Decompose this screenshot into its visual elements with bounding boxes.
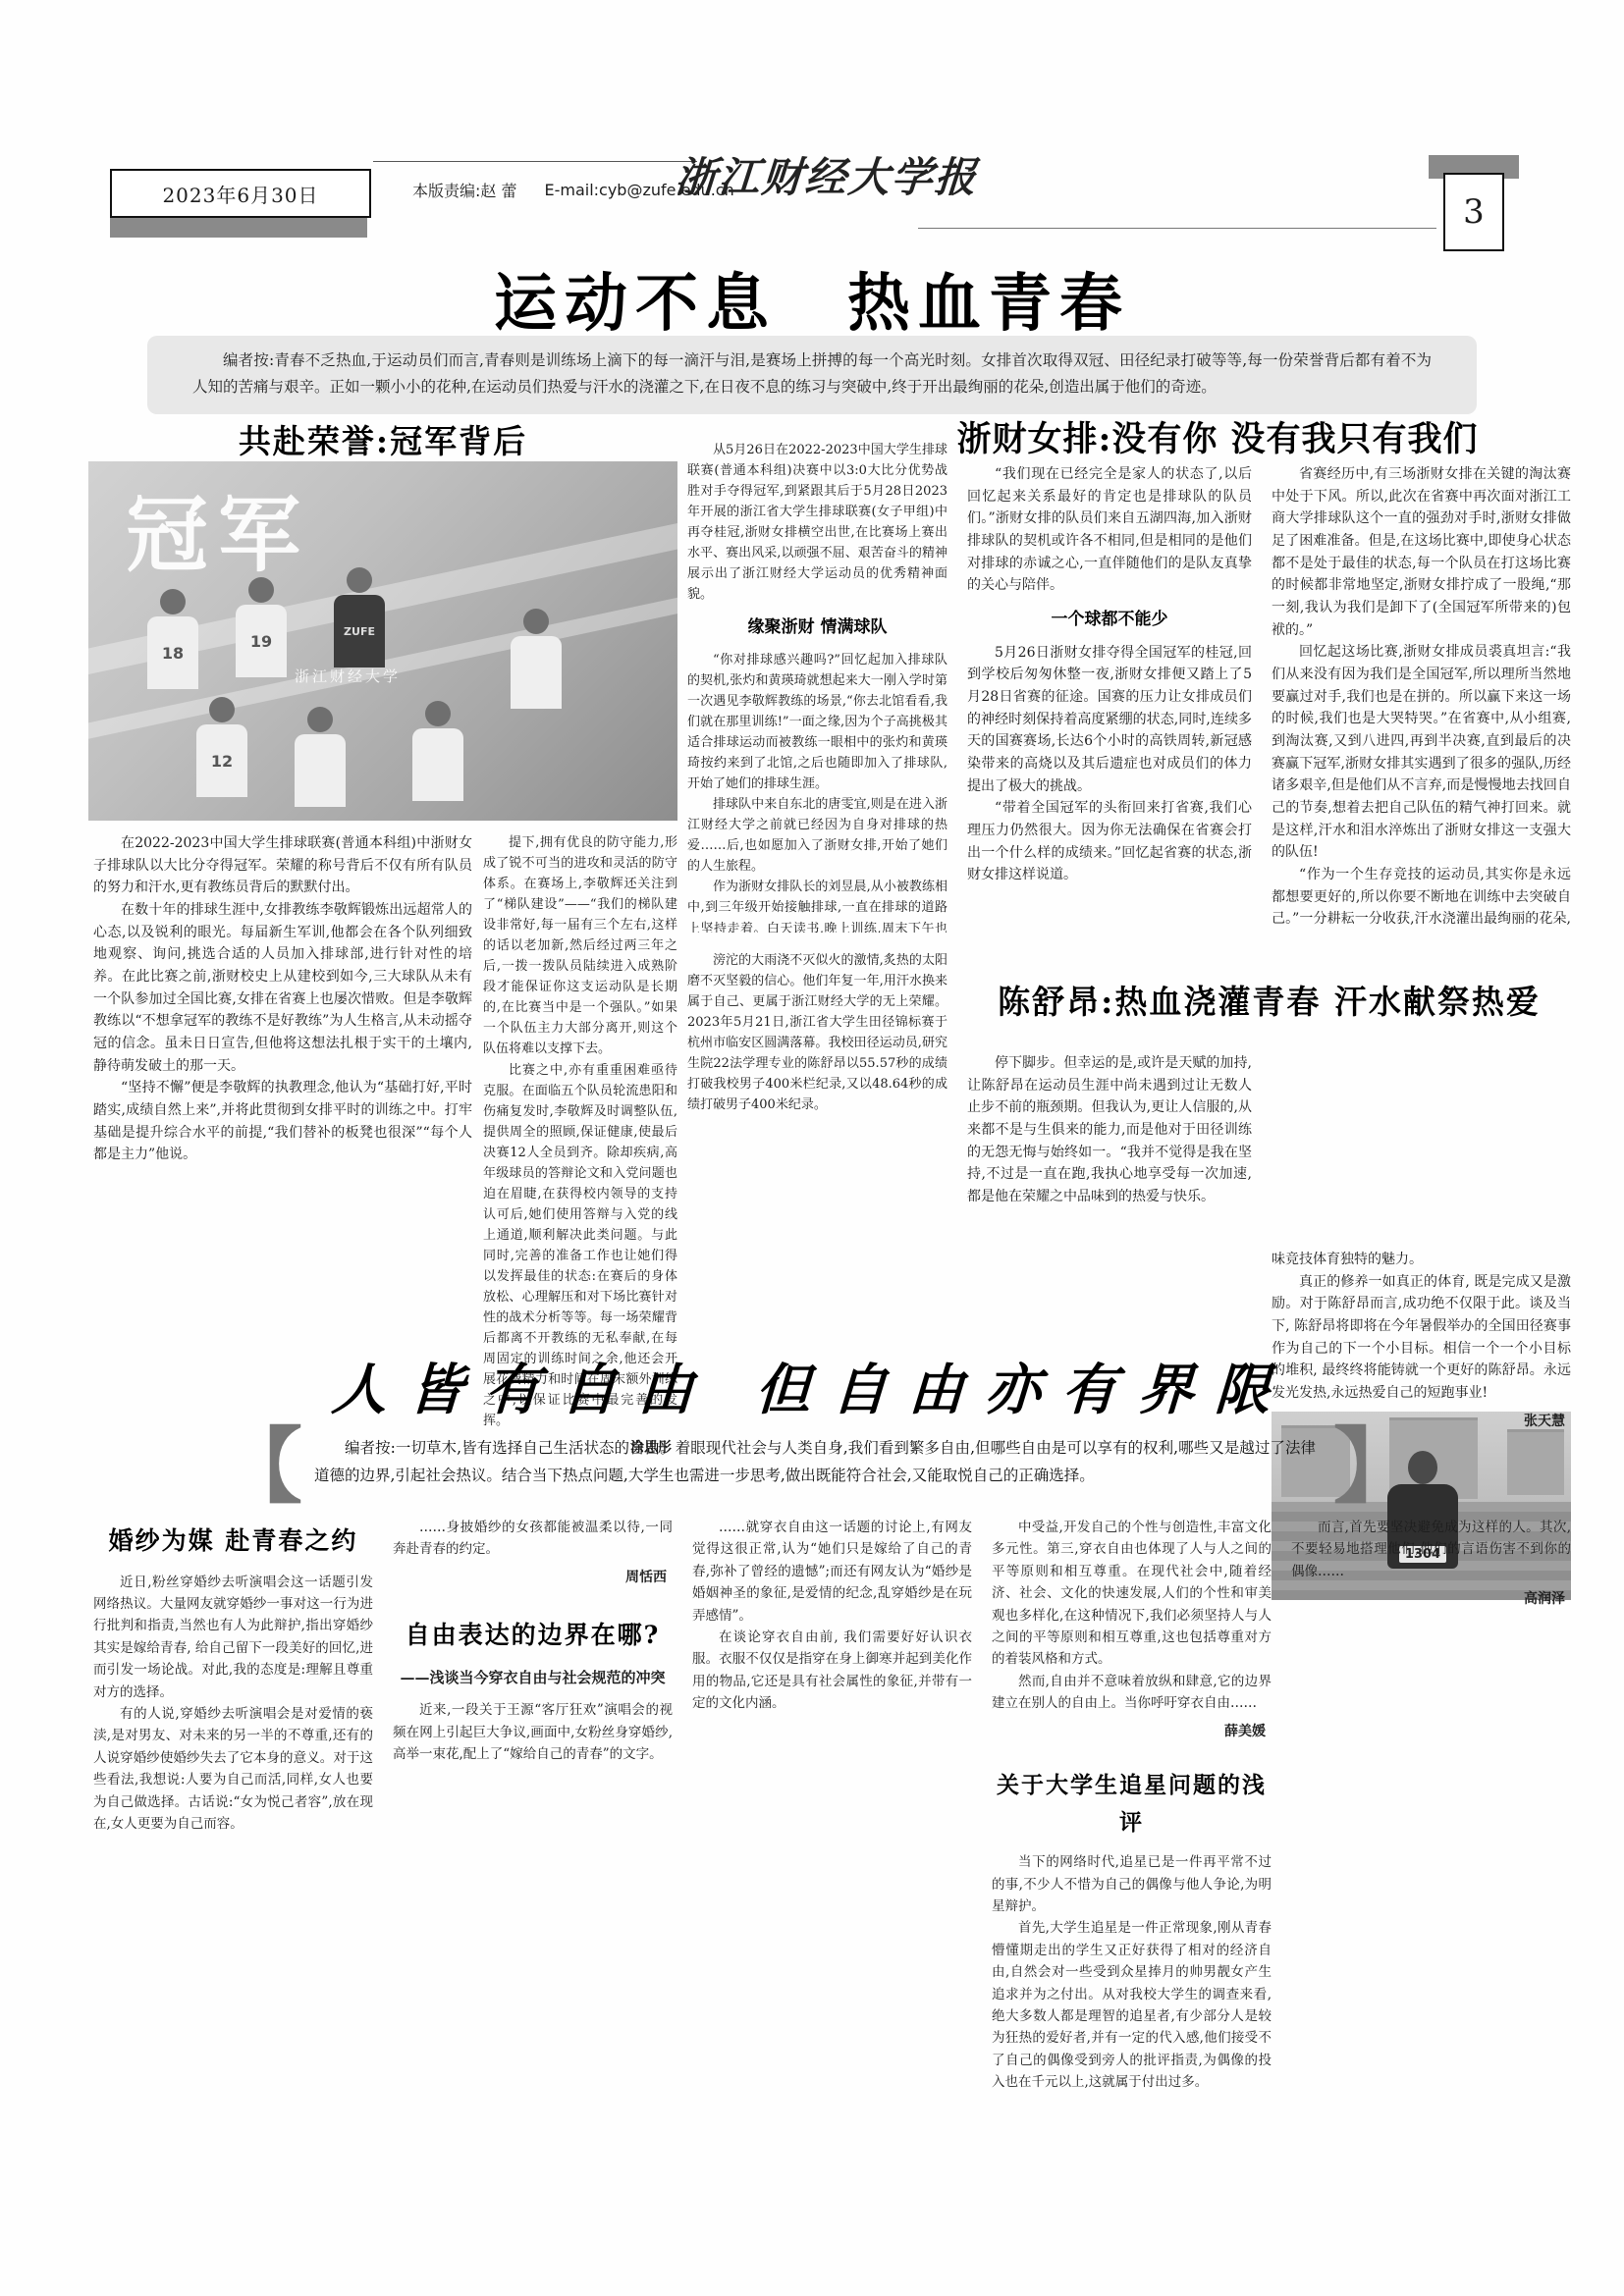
paragraph: “我们现在已经完全是家人的状态了,以后回忆起来关系最好的肯定也是排球队的队员们。… <box>967 463 1252 597</box>
paragraph: 有的人说,穿婚纱去听演唱会是对爱情的亵渎,是对男友、对未来的另一半的不尊重,还有… <box>93 1703 373 1835</box>
player-head <box>425 701 451 726</box>
issue-date-text: 2023年6月30日 <box>162 180 318 208</box>
dress-column-4: 中受益,开发自己的个性与创造性,丰富文化多元性。第三,穿衣自由也体现了人与人之间… <box>992 1517 1272 2263</box>
page-number-text: 3 <box>1463 192 1485 232</box>
paragraph: 然而,自由并不意味着放纵和肆意,它的边界建立在别人的自由上。当你呼吁穿衣自由…… <box>992 1671 1272 1715</box>
paragraph: 在数十年的排球生涯中,女排教练李敬辉锻炼出远超常人的心态,以及锐利的眼光。每届新… <box>93 899 472 1077</box>
paragraph: 停下脚步。但幸运的是,或许是天赋的加持,让陈舒昂在运动员生涯中尚未遇到过让无数人… <box>967 1052 1252 1208</box>
volleyball-subhead-1: 缘聚浙财 情满球队 <box>687 614 947 642</box>
player-jersey: 19 <box>236 605 287 677</box>
player-jersey: 18 <box>147 616 198 689</box>
player-figure <box>295 707 346 807</box>
paragraph: 从5月26日在2022-2023中国大学生排球联赛(普通本科组)决赛中以3:0大… <box>687 440 947 605</box>
paragraph: 提下,拥有优良的防守能力,形成了锐不可当的进攻和灵活的防守体系。在赛场上,李敬辉… <box>483 832 677 1060</box>
paragraph: “作为一个生存竞技的运动员,其实你是永远都想要更好的,所以你要不断地在训练中去突… <box>1272 864 1571 933</box>
dress-byline: 薛美媛 <box>992 1721 1272 1743</box>
coach-figure: ZUFE <box>334 567 385 667</box>
volleyball-column-1: 从5月26日在2022-2023中国大学生排球联赛(普通本科组)决赛中以3:0大… <box>687 440 947 933</box>
wedding-text: 近日,粉丝穿婚纱去听演唱会这一话题引发网络热议。大量网友就穿婚纱一事对这一行为进… <box>93 1572 373 1836</box>
player-figure <box>412 701 463 801</box>
lead-editor-note: 编者按:青春不乏热血,于运动员们而言,青春则是训练场上滴下的每一滴汗与泪,是赛场… <box>147 336 1477 414</box>
idol-column-5: 而言,首先要坚决避免成为这样的人。其次,不要轻易地搭理他们,他们的言语伤害不到你… <box>1291 1517 1571 2263</box>
coach-head <box>347 567 372 593</box>
volleyball-headline: 浙财女排:没有你 没有我只有我们 <box>864 412 1571 461</box>
paragraph: 首先,大学生追星是一件正常现象,刚从青春懵懂期走出的学生又正好获得了相对的经济自… <box>992 1917 1272 2093</box>
player-jersey <box>511 636 562 709</box>
player-figure: 19 <box>236 577 287 677</box>
player-figure <box>511 609 562 709</box>
bracket-open: 【 <box>220 1425 302 1508</box>
freedom-editor-note-text: 编者按:一切草木,皆有选择自己生活状态的自由。着眼现代社会与人类自身,我们看到繁… <box>314 1435 1316 1490</box>
idol-text-cont: 而言,首先要坚决避免成为这样的人。其次,不要轻易地搭理他们,他们的言语伤害不到你… <box>1291 1517 1571 1582</box>
lead-headline-text: 运动不息 热血青春 <box>494 268 1130 341</box>
idol-byline: 高润泽 <box>1291 1588 1571 1611</box>
freedom-editor-note: 编者按:一切草木,皆有选择自己生活状态的自由。着眼现代社会与人类自身,我们看到繁… <box>314 1435 1316 1490</box>
paragraph: 5月26日浙财女排夺得全国冠军的桂冠,回到学校后匆匆休整一夜,浙财女排便又踏上了… <box>967 642 1252 798</box>
sprinter-headline: 陈舒昂:热血浇灌青春 汗水献祭热爱 <box>967 977 1571 1023</box>
volleyball-headline-text: 浙财女排:没有你 没有我只有我们 <box>956 419 1478 459</box>
dress-subtitle: ——浅谈当今穿衣自由与社会规范的冲突 <box>393 1666 673 1690</box>
coach-shirt: ZUFE <box>334 595 385 667</box>
dress-col4-text: 中受益,开发自己的个性与创造性,丰富文化多元性。第三,穿衣自由也体现了人与人之间… <box>992 1517 1272 1715</box>
paragraph: 滂沱的大雨浇不灭似火的激情,炙热的太阳磨不灭坚毅的信心。他们年复一年,用汗水换来… <box>687 950 947 1115</box>
player-jersey <box>295 734 346 807</box>
lead-editor-note-text: 编者按:青春不乏热血,于运动员们而言,青春则是训练场上滴下的每一滴汗与泪,是赛场… <box>192 347 1432 400</box>
paragraph: 而言,首先要坚决避免成为这样的人。其次,不要轻易地搭理他们,他们的言语伤害不到你… <box>1291 1517 1571 1582</box>
wedding-byline: 周恬西 <box>393 1567 673 1589</box>
wedding-column-1: 婚纱为媒 赴青春之约 近日,粉丝穿婚纱去听演唱会这一话题引发网络热议。大量网友就… <box>93 1517 373 2263</box>
paragraph: “坚持不懈”便是李敬辉的执教理念,他认为“基础打好,平时踏实,成绩自然上来”,并… <box>93 1077 472 1166</box>
player-head <box>160 589 186 614</box>
wedding-text-cont: ……身披婚纱的女孩都能被温柔以待,一同奔赴青春的约定。 <box>393 1517 673 1561</box>
volleyball-col3-text: 省赛经历中,有三场浙财女排在关键的淘汰赛中处于下风。所以,此次在省赛中再次面对浙… <box>1272 463 1571 933</box>
date-underbar <box>110 218 367 238</box>
masthead-text: 浙江财经大学报 <box>674 153 979 201</box>
paragraph: 在2022-2023中国大学生排球联赛(普通本科组)中浙财女子排球队以大比分夺得… <box>93 832 472 899</box>
dress-column-3: ……就穿衣自由这一话题的讨论上,有网友觉得这很正常,认为“她们只是嫁给了自己的青… <box>692 1517 972 2263</box>
paragraph: 在谈论穿衣自由前, 我们需要好好认识衣服。衣服不仅仅是指穿在身上御寒并起到美化作… <box>692 1627 972 1715</box>
page-editor: 本版责编:赵 蕾 <box>412 179 516 201</box>
issue-date: 2023年6月30日 <box>110 169 371 218</box>
volleyball-col2-text-a: “我们现在已经完全是家人的状态了,以后回忆起来关系最好的肯定也是排球队的队员们。… <box>967 463 1252 597</box>
sprinter-headline-text: 陈舒昂:热血浇灌青春 汗水献祭热爱 <box>998 983 1541 1021</box>
dress-text: 近来,一段关于王源“客厅狂欢”演唱会的视频在网上引起巨大争议,画面中,女粉丝身穿… <box>393 1699 673 1765</box>
paragraph: “你对排球感兴趣吗?”回忆起加入排球队的契机,张灼和黄瑛琦就想起来大一刚入学时第… <box>687 650 947 794</box>
volleyball-col2-text-b: 5月26日浙财女排夺得全国冠军的桂冠,回到学校后匆匆休整一夜,浙财女排便又踏上了… <box>967 642 1252 886</box>
player-jersey <box>412 728 463 801</box>
champion-column-2-text: 提下,拥有优良的防守能力,形成了锐不可当的进攻和灵活的防守体系。在赛场上,李敬辉… <box>483 832 677 1431</box>
bracket-close-glyph: 】 <box>1333 1417 1416 1515</box>
stage-banner-text: 浙江财经大学 <box>295 666 401 686</box>
volleyball-column-3: 省赛经历中,有三场浙财女排在关键的淘汰赛中处于下风。所以,此次在省赛中再次面对浙… <box>1272 463 1571 933</box>
player-head <box>523 609 549 634</box>
dress-headline: 自由表达的边界在哪? <box>393 1615 673 1656</box>
paragraph: 当下的网络时代,追星已是一件再平常不过的事,不少人不惜为自己的偶像与他人争论,为… <box>992 1851 1272 1917</box>
paragraph: 作为浙财女排队长的刘昱晨,从小被教练相中,到三年级开始接触排球,一直在排球的道路… <box>687 877 947 933</box>
volleyball-column-2: “我们现在已经完全是家人的状态了,以后回忆起来关系最好的肯定也是排球队的队员们。… <box>967 463 1252 933</box>
bracket-open-glyph: 【 <box>220 1417 302 1515</box>
lead-headline: 运动不息 热血青春 <box>0 253 1624 344</box>
player-figure: 12 <box>196 697 247 797</box>
bracket-close: 】 <box>1333 1425 1416 1508</box>
sprinter-column-1: 滂沱的大雨浇不灭似火的激情,炙热的太阳磨不灭坚毅的信心。他们年复一年,用汗水换来… <box>687 950 947 1512</box>
paragraph: “带着全国冠军的头衔回来打省赛,我们心理压力仍然很大。因为你无法确保在省赛会打出… <box>967 797 1252 886</box>
champion-headline-text: 共赴荣誉:冠军背后 <box>239 422 527 460</box>
player-jersey: 12 <box>196 724 247 797</box>
freedom-headline-text: 人皆有自由 但自由亦有界限 <box>330 1358 1293 1422</box>
wedding-column-2: ……身披婚纱的女孩都能被温柔以待,一同奔赴青春的约定。 周恬西 自由表达的边界在… <box>393 1517 673 2263</box>
paragraph: ……身披婚纱的女孩都能被温柔以待,一同奔赴青春的约定。 <box>393 1517 673 1561</box>
paragraph: 中受益,开发自己的个性与创造性,丰富文化多元性。第三,穿衣自由也体现了人与人之间… <box>992 1517 1272 1671</box>
paragraph: ……就穿衣自由这一话题的讨论上,有网友觉得这很正常,认为“她们只是嫁给了自己的青… <box>692 1517 972 1627</box>
header-rule-right <box>918 228 1436 229</box>
champion-headline: 共赴荣誉:冠军背后 <box>88 416 677 462</box>
volleyball-col1-intro: 从5月26日在2022-2023中国大学生排球联赛(普通本科组)决赛中以3:0大… <box>687 440 947 605</box>
idol-headline: 关于大学生追星问题的浅评 <box>992 1767 1272 1842</box>
team-photo: 冠军 浙江财经大学 18 19 ZUFE 12 <box>88 461 677 821</box>
idol-text: 当下的网络时代,追星已是一件再平常不过的事,不少人不惜为自己的偶像与他人争论,为… <box>992 1851 1272 2093</box>
player-head <box>209 697 235 722</box>
backdrop-title-text: 冠军 <box>126 469 310 588</box>
paragraph: 近来,一段关于王源“客厅狂欢”演唱会的视频在网上引起巨大争议,画面中,女粉丝身穿… <box>393 1699 673 1765</box>
player-figure: 18 <box>147 589 198 689</box>
player-head <box>248 577 274 603</box>
paragraph: 近日,粉丝穿婚纱去听演唱会这一话题引发网络热议。大量网友就穿婚纱一事对这一行为进… <box>93 1572 373 1703</box>
wedding-headline: 婚纱为媒 赴青春之约 <box>93 1521 373 1562</box>
volleyball-subhead-2: 一个球都不能少 <box>967 607 1252 634</box>
paragraph: 排球队中来自东北的唐雯宜,则是在进入浙江财经大学之前就已经因为自身对排球的热爱…… <box>687 794 947 877</box>
freedom-headline: 人皆有自由 但自由亦有界限 <box>0 1347 1624 1425</box>
player-head <box>307 707 333 732</box>
volleyball-col1-text: “你对排球感兴趣吗?”回忆起加入排球队的契机,张灼和黄瑛琦就想起来大一刚入学时第… <box>687 650 947 933</box>
masthead: 浙江财经大学报 <box>674 145 980 204</box>
paragraph: 省赛经历中,有三场浙财女排在关键的淘汰赛中处于下风。所以,此次在省赛中再次面对浙… <box>1272 463 1571 641</box>
paragraph: 回忆起这场比赛,浙财女排成员裘真坦言:“我们从来没有因为我们是全国冠军,所以理所… <box>1272 641 1571 864</box>
page-number: 3 <box>1443 173 1504 251</box>
sprinter-continuation-line: 味竞技体育独特的魅力。 <box>1272 1249 1571 1271</box>
header-rule-left <box>373 161 697 162</box>
newspaper-page: 2023年6月30日 本版责编:赵 蕾 E-mail:cyb@zufe.edu.… <box>0 0 1624 2296</box>
